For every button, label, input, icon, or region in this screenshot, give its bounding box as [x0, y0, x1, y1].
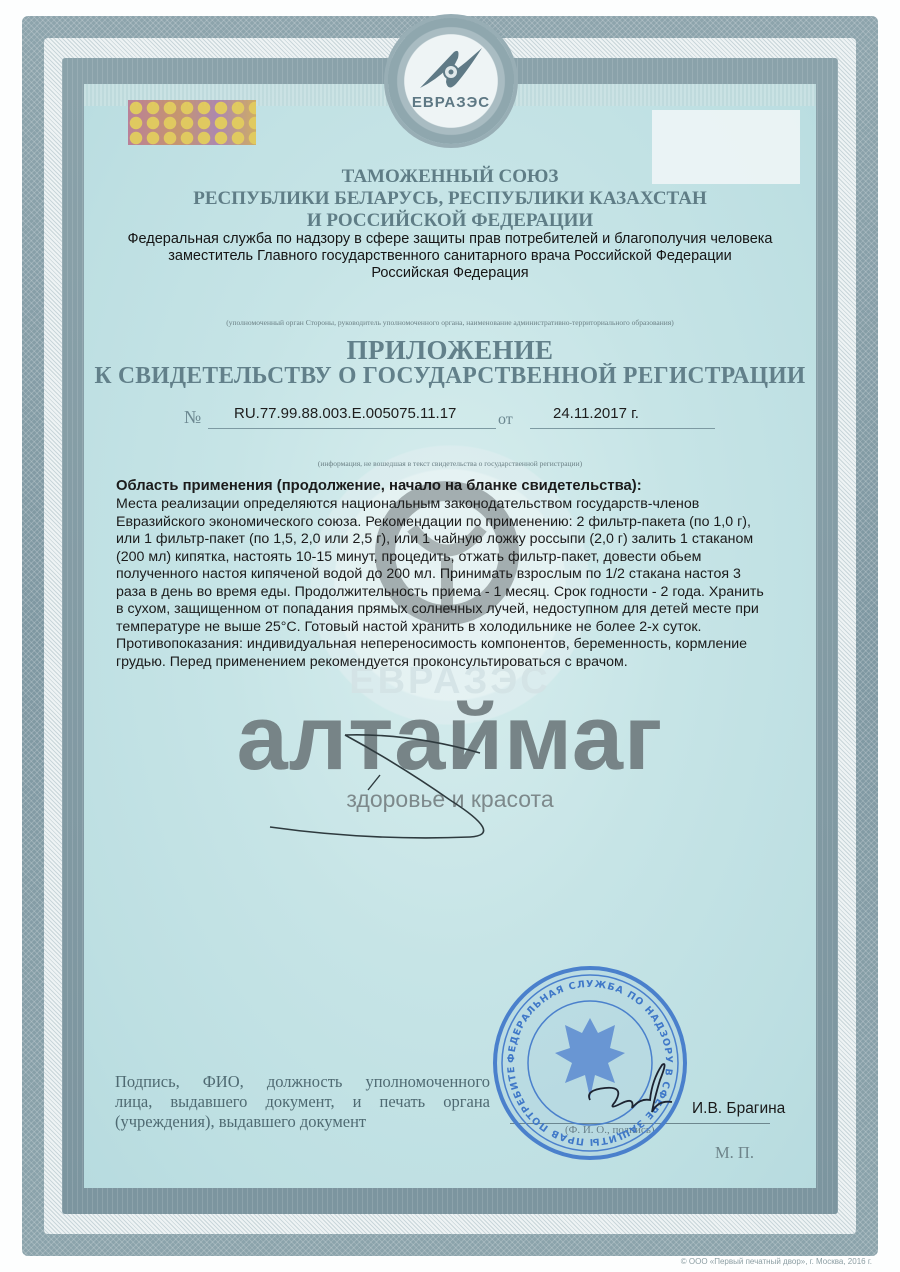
registration-row: № RU.77.99.88.003.Е.005075.11.17 от 24.1…: [180, 405, 720, 429]
printer-credit: © ООО «Первый печатный двор», г. Москва,…: [681, 1257, 872, 1266]
body-line: раза в день во время еды. Продолжительно…: [116, 584, 796, 602]
pen-scribble-icon: [250, 715, 540, 845]
union-line-3: И РОССИЙСКОЙ ФЕДЕРАЦИИ: [84, 210, 816, 232]
signature-caption-block: Подпись, ФИО, должность уполномоченного …: [115, 1072, 490, 1132]
date-underline: [530, 428, 715, 429]
eurasec-logo-icon: [416, 44, 486, 94]
authority-line-2: заместитель Главного государственного са…: [84, 248, 816, 265]
body-line: Противопоказания: индивидуальная неперен…: [116, 636, 796, 654]
handwritten-signature-icon: [580, 1060, 690, 1120]
body-line: в сухом, защищенном от попадания прямых …: [116, 601, 796, 619]
body-line: полученного настоя кипяченой водой до 20…: [116, 566, 796, 584]
document-title: ПРИЛОЖЕНИЕ: [84, 335, 816, 366]
section-body: Места реализации определяются национальн…: [116, 496, 796, 671]
customs-union-heading: ТАМОЖЕННЫЙ СОЮЗ РЕСПУБЛИКИ БЕЛАРУСЬ, РЕС…: [84, 166, 816, 232]
body-line: Евразийского экономического союза. Реком…: [116, 514, 796, 532]
authority-line-3: Российская Федерация: [84, 265, 816, 282]
body-line: Места реализации определяются национальн…: [116, 496, 796, 514]
body-line: грудью. Перед применением рекомендуется …: [116, 654, 796, 672]
body-line: температуре не выше 25°С. Готовый настой…: [116, 619, 796, 637]
union-line-1: ТАМОЖЕННЫЙ СОЮЗ: [84, 166, 816, 188]
authority-block: Федеральная служба по надзору в сфере за…: [84, 231, 816, 282]
hologram-sticker: [128, 100, 256, 145]
number-sign: №: [184, 407, 201, 428]
document-subtitle: К СВИДЕТЕЛЬСТВУ О ГОСУДАРСТВЕННОЙ РЕГИСТ…: [91, 363, 808, 390]
eurasec-emblem: ЕВРАЗЭС: [388, 18, 514, 144]
section-title: Область применения (продолжение, начало …: [116, 478, 796, 496]
sign-caption-line: лица, выдавшего документ, и печать орган…: [115, 1092, 490, 1112]
number-underline: [208, 428, 496, 429]
registration-date: 24.11.2017 г.: [553, 405, 639, 422]
seal-place-label: М. П.: [715, 1143, 754, 1163]
date-label: от: [498, 411, 513, 429]
registration-number: RU.77.99.88.003.Е.005075.11.17: [234, 405, 456, 422]
body-line: или 1 фильтр-пакет (по 1,5, 2,0 или 2,5 …: [116, 531, 796, 549]
authority-caption: (уполномоченный орган Стороны, руководит…: [84, 318, 816, 327]
signer-name: И.В. Брагина: [692, 1100, 785, 1118]
union-line-2: РЕСПУБЛИКИ БЕЛАРУСЬ, РЕСПУБЛИКИ КАЗАХСТА…: [84, 188, 816, 210]
body-line: (200 мл) кипятка, настоять 10-15 минут, …: [116, 549, 796, 567]
sign-caption-line: Подпись, ФИО, должность уполномоченного: [115, 1072, 490, 1092]
info-caption: (информация, не вошедшая в текст свидете…: [84, 459, 816, 468]
emblem-text: ЕВРАЗЭС: [388, 94, 514, 111]
sign-caption-line: (учреждения), выдавшего документ: [115, 1112, 490, 1132]
authority-line-1: Федеральная служба по надзору в сфере за…: [84, 231, 816, 248]
